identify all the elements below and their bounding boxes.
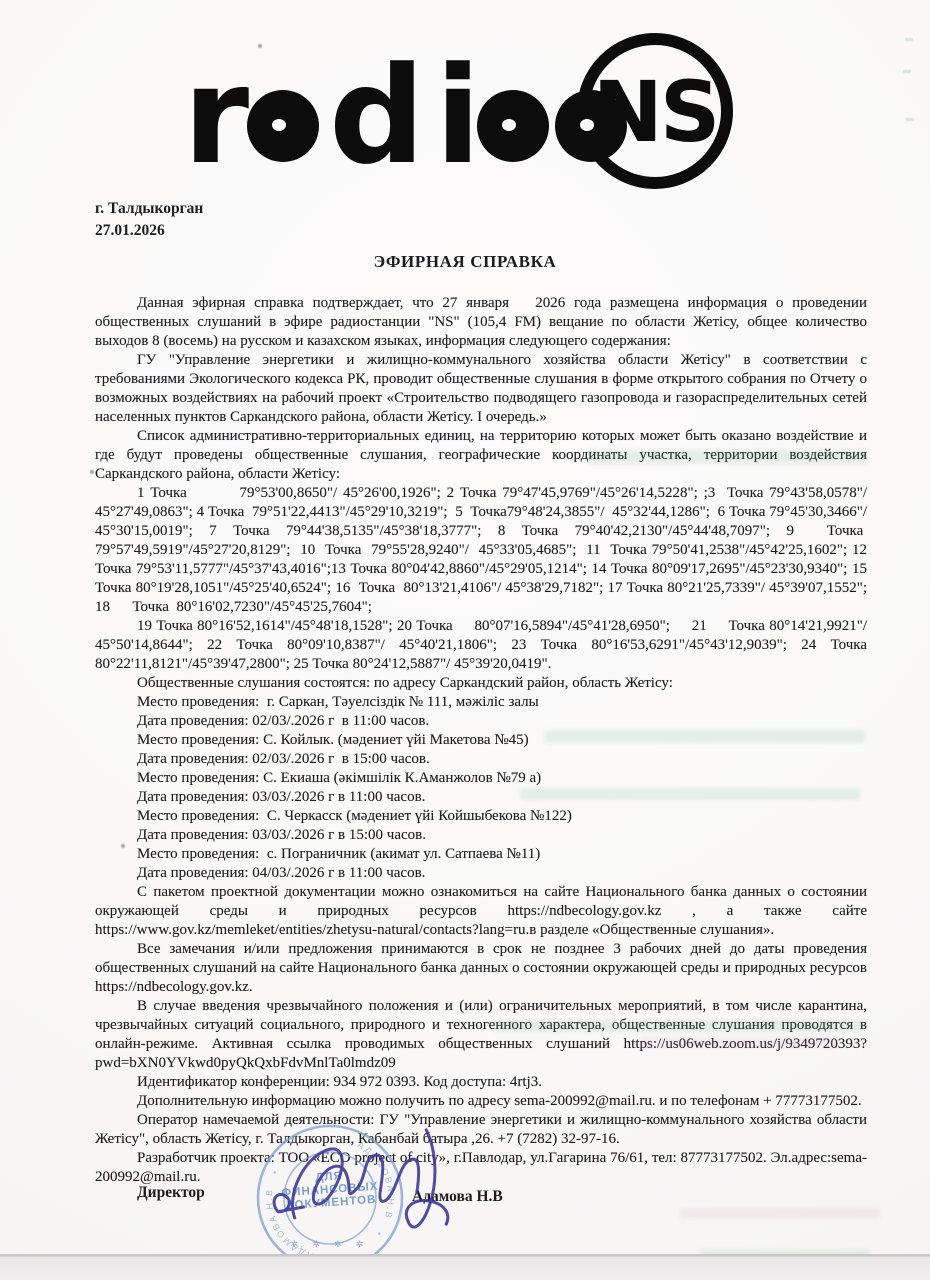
signature-scribble [255,1107,483,1269]
paragraph: Разработчик проекта: ТОО «ECO project of… [95,1149,867,1187]
schedule-line: Дата проведения: 04/03/.2026 г в 11:00 ч… [95,864,867,883]
scan-speck [90,470,94,474]
paragraph: Все замечания и/или предложения принимаю… [95,940,867,997]
schedule-line: Место проведения: С. Екиаша (әкімшілік К… [95,769,867,788]
logo-letter-i: i [435,38,481,194]
schedule-line: Место проведения: с. Пограничник (акимат… [95,845,867,864]
signature-stroke [287,1140,422,1218]
document-title: ЭФИРНАЯ СПРАВКА [0,252,930,272]
logo-disc-hole [580,119,594,131]
logo-disc-hole [272,119,286,131]
bleed-artifact [495,1020,865,1032]
paragraph: Оператор намечаемой деятельности: ГУ "Уп… [95,1111,867,1149]
signature-stroke [273,1192,304,1212]
radio-ns-logo-graphic: NS r d i [183,28,753,194]
edge-mark [903,70,911,73]
schedule-line: Место проведения: С. Черкасск (мәдениет … [95,807,867,826]
city-line: г. Талдыкорган [95,198,203,220]
paragraph: 19 Точка 80°16'52,1614"/45°48'18,1528"; … [95,617,867,674]
paragraph: Данная эфирная справка подтверждает, что… [95,294,867,351]
schedule-line: Дата проведения: 03/03/.2026 г в 15:00 ч… [95,826,867,845]
paragraph: 1 Точка 79°53'00,8650"/ 45°26'00,1926"; … [95,484,867,617]
schedule-line: Дата проведения: 02/03/.2026 г в 11:00 ч… [95,712,867,731]
date-line: 27.01.2026 [95,220,203,242]
letterhead-block: г. Талдыкорган 27.01.2026 [95,198,203,242]
edge-mark [905,38,913,41]
bleed-artifact [680,1208,880,1219]
bleed-artifact [520,788,860,800]
scan-edge-band [0,1254,930,1280]
bleed-artifact [640,1038,840,1048]
schedule-line: Место проведения: г. Саркан, Тәуелсіздік… [95,693,867,712]
signature-stroke [398,1128,449,1228]
logo-letter-r: r [183,38,249,194]
logo-letter-d: d [329,38,425,194]
paragraph: В случае введения чрезвычайного положени… [95,997,867,1073]
bleed-artifact [545,730,865,743]
edge-mark [906,118,914,121]
scan-speck [258,44,262,48]
bleed-artifact [588,450,868,464]
paragraph: Общественные слушания состоятся: по адре… [95,674,867,693]
paragraph: ГУ "Управление энергетики и жилищно-комм… [95,351,867,427]
signature-graphic [255,1107,483,1269]
radio-ns-logo: NS r d i [183,28,753,194]
scan-speck [121,844,125,848]
logo-disc-hole [502,119,516,131]
schedule-line: Дата проведения: 02/03/.2026 г в 15:00 ч… [95,750,867,769]
scanned-document-page: NS r d i г. Талдыкорган 27.01.2026 ЭФИРН… [0,0,930,1280]
paragraph: Дополнительную информацию можно получить… [95,1092,867,1111]
paragraph: Идентификатор конференции: 934 972 0393.… [95,1073,867,1092]
paragraph: С пакетом проектной документации можно о… [95,883,867,940]
signature-role: Директор [137,1184,205,1202]
